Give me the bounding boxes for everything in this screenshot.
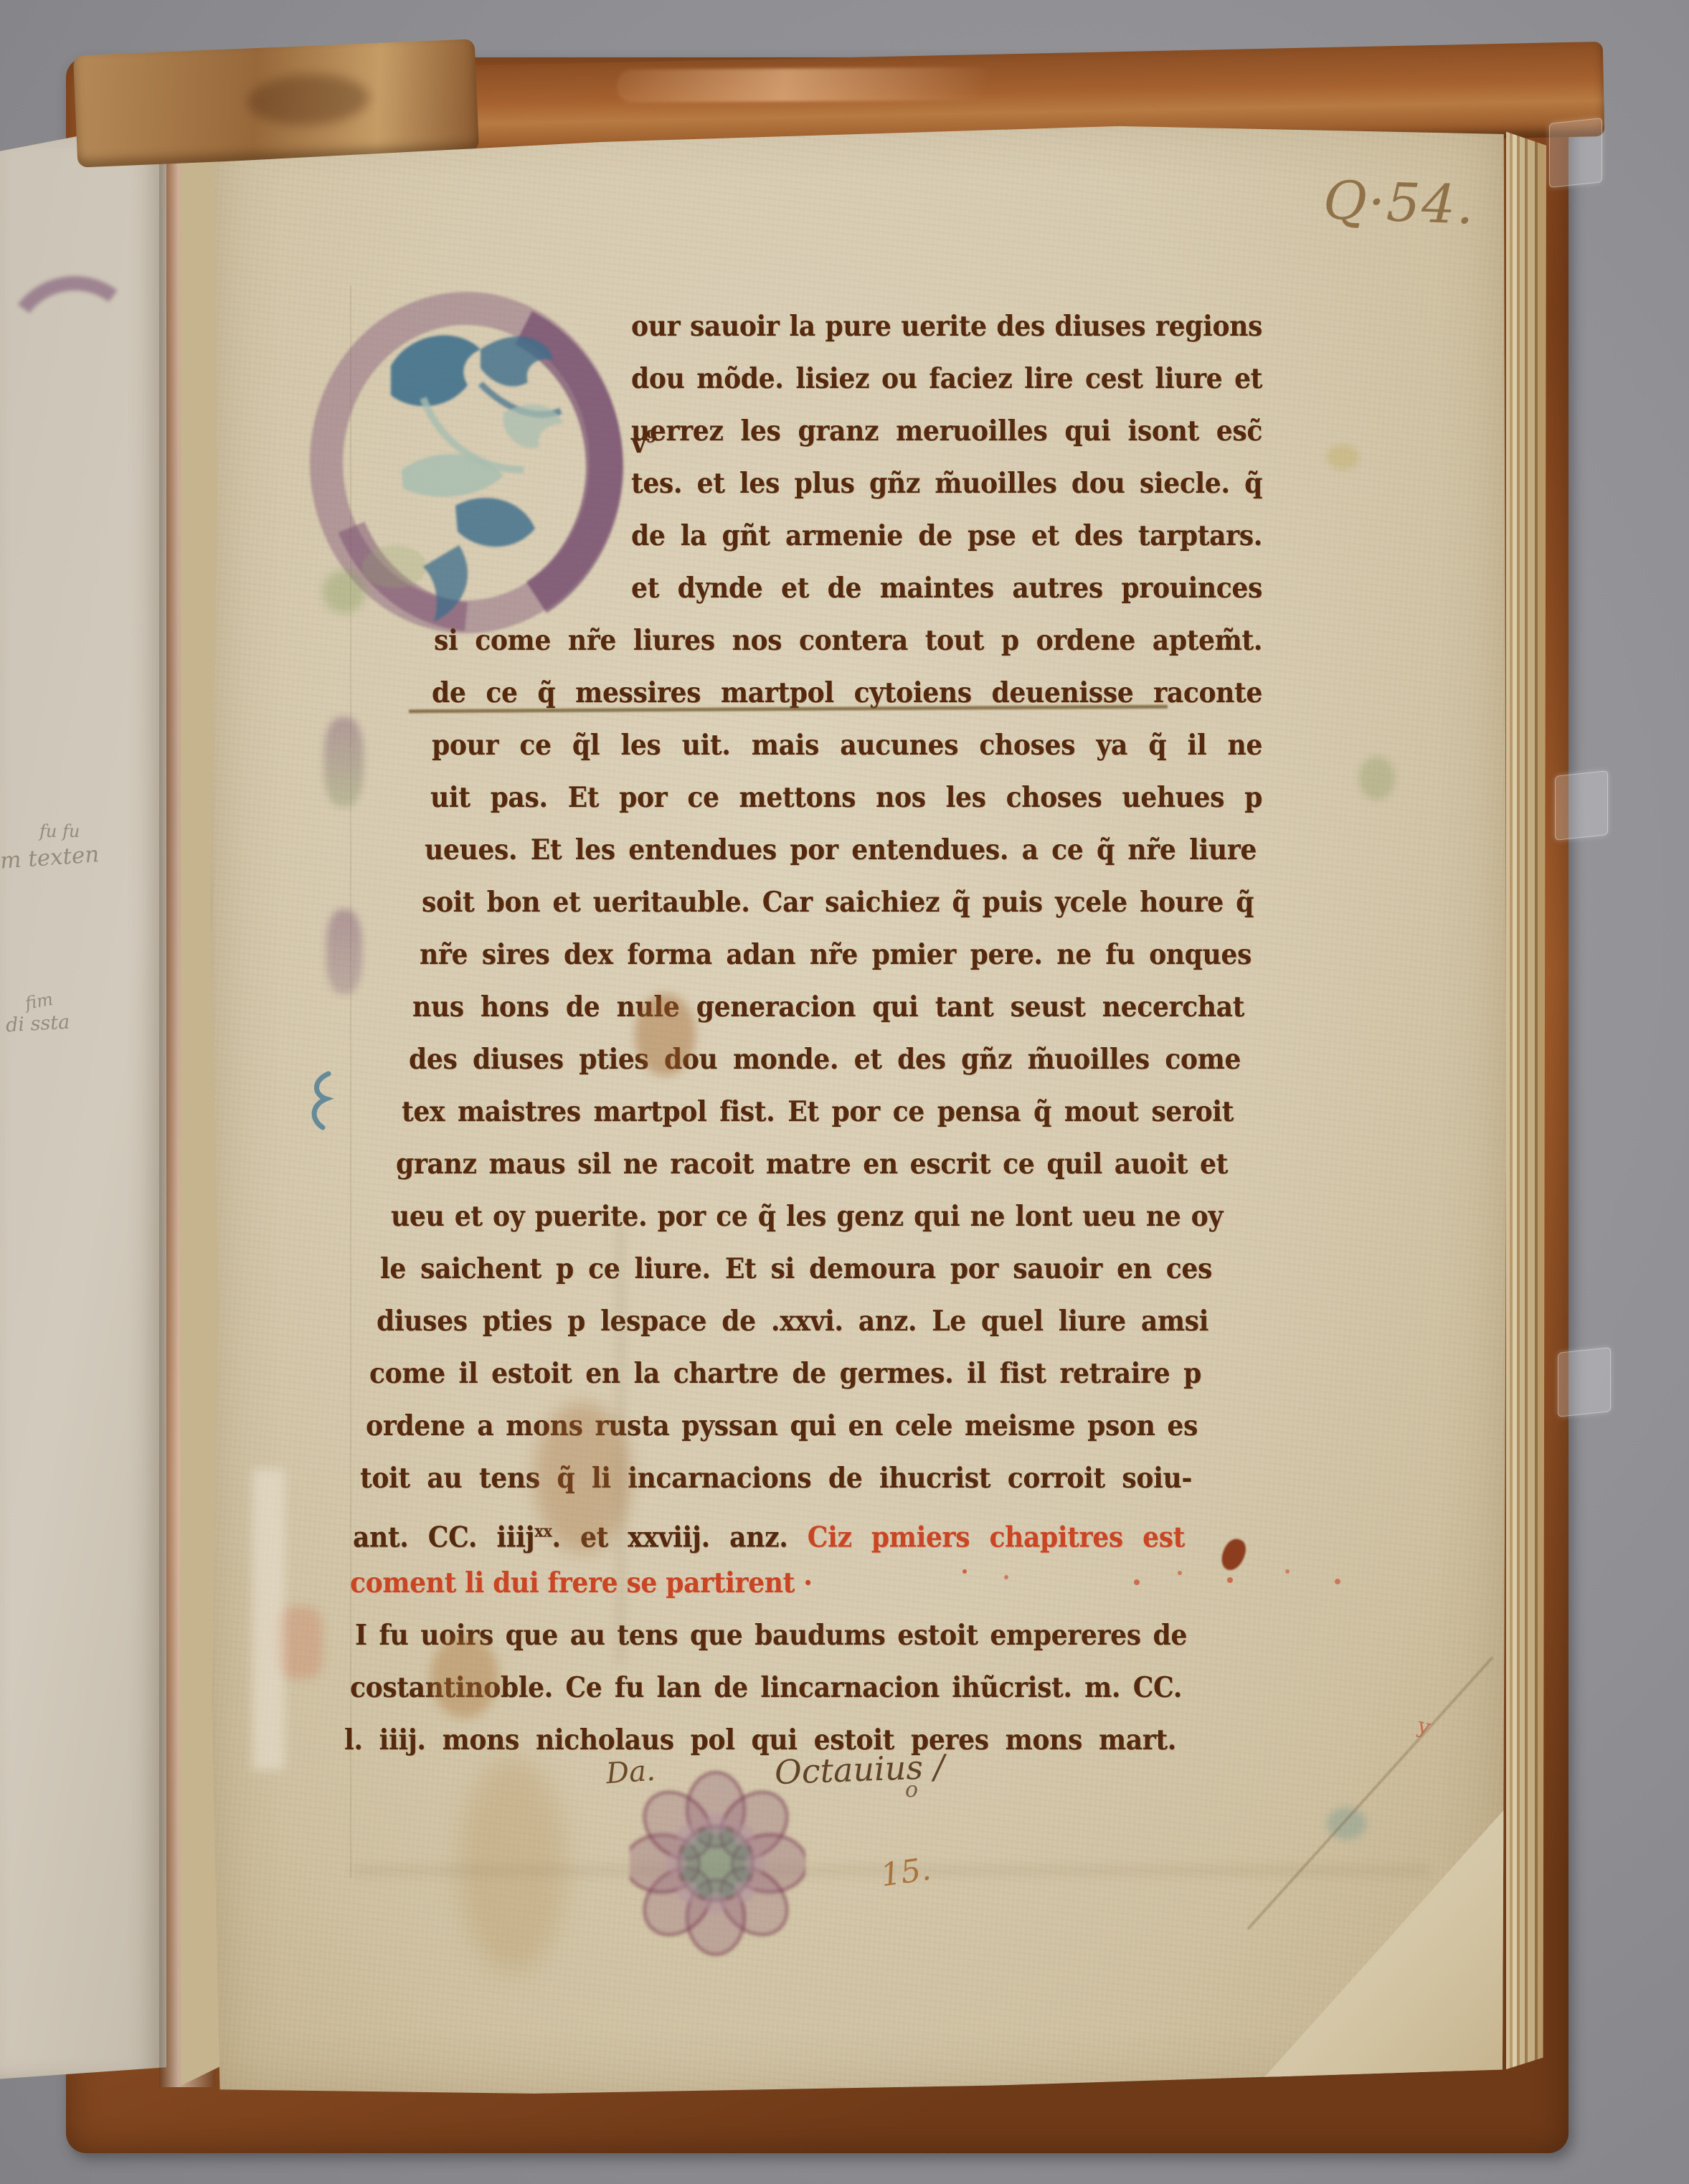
parchment-crease [615, 1219, 625, 1664]
body-text: l. iiij. mons nicholaus pol qui estoit p… [344, 1724, 1176, 1757]
text-line: toit au tens q̃ li incarnacions de ihucr… [360, 1450, 1192, 1507]
folio-mark: Q·54. [1323, 169, 1477, 236]
body-text: uerrez les granz meruoilles qui isont es… [631, 415, 1262, 448]
text-line: soit bon et ueritauble. Car saichiez q̃ … [422, 874, 1254, 931]
margin-green-offset-stain [323, 570, 366, 613]
corner-fold [1259, 1807, 1506, 2084]
text-line: de ce q̃ messires martpol cytoiens deuen… [430, 664, 1262, 722]
edge-wear-patch [252, 1469, 285, 1770]
body-text: si come nr̃e liures nos contera tout p o… [434, 624, 1262, 657]
body-text: tex maistres martpol fist. Et por ce pen… [402, 1095, 1234, 1128]
text-line: coment li dui frere se partirent · [350, 1554, 1182, 1612]
red-ink-speckles [962, 1569, 967, 1574]
body-text: pour ce q̃l les uit. mais aucunes choses… [432, 729, 1262, 762]
text-line: tes. et les plus gñz m̃uoilles dou siecl… [430, 455, 1262, 512]
text-line: ant. CC. iiijxx. et xxviij. anz. Ciz pmi… [353, 1502, 1185, 1559]
body-text: our sauoir la pure uerite des diuses reg… [631, 310, 1262, 343]
rubric-text: coment li dui frere se partirent · [350, 1566, 812, 1599]
body-text: ueues. Et les entendues por entendues. a… [425, 833, 1257, 866]
body-text: le saichent p ce liure. Et si demoura po… [380, 1252, 1212, 1285]
body-text: ueu et oy puerite. por ce q̃ les genz qu… [391, 1200, 1223, 1233]
text-line: ueu et oy puerite. por ce q̃ les genz qu… [391, 1188, 1223, 1245]
facing-page: fu fu m texten fim di ssta [0, 128, 166, 2083]
pencil-note: fim [24, 989, 55, 1013]
manuscript-photo-scene: fu fu m texten fim di ssta our [0, 0, 1689, 2184]
parchment-stain [430, 1635, 498, 1718]
body-text: diuses pties p lespace de .xxvi. anz. Le… [377, 1305, 1208, 1338]
body-text: nr̃e sires dex forma adan nr̃e pmier per… [420, 938, 1252, 971]
text-line: de la gñt armenie de pse et des tarptars… [430, 507, 1262, 564]
parchment-stain [635, 993, 696, 1076]
leather-wear-blotch [246, 72, 370, 128]
page-stack-edges [1506, 122, 1546, 2077]
footer-note-o: o [905, 1777, 918, 1802]
footer-note-da: Da. [605, 1754, 656, 1791]
pencil-note: m texten [0, 841, 100, 874]
body-text: de la gñt armenie de pse et des tarptars… [631, 519, 1262, 552]
green-smudge [1359, 757, 1395, 800]
body-text: nus hons de nule generacion qui tant seu… [412, 991, 1244, 1024]
body-text: soit bon et ueritauble. Car saichiez q̃ … [422, 886, 1254, 919]
text-line: le saichent p ce liure. Et si demoura po… [380, 1240, 1212, 1297]
text-line: diuses pties p lespace de .xxvi. anz. Le… [377, 1292, 1208, 1350]
text-block: our sauoir la pure uerite des diuses reg… [430, 298, 1262, 1764]
body-text: granz maus sil ne racoit matre en escrit… [396, 1148, 1228, 1181]
footer-note-octauius: Octauius / [774, 1747, 945, 1792]
text-line: tex maistres martpol fist. Et por ce pen… [402, 1083, 1234, 1140]
yellow-spot [1327, 445, 1359, 470]
text-line: uerrez les granz meruoilles qui isont es… [430, 402, 1262, 460]
body-text: et dynde et de maintes autres prouinces [631, 572, 1262, 605]
text-line: pour ce q̃l les uit. mais aucunes choses… [430, 717, 1262, 774]
cradle-tab-icon [1558, 1347, 1611, 1417]
offset-ink-arc-stain [0, 267, 155, 427]
body-text: ordene a mons rusta pyssan qui en cele m… [366, 1409, 1198, 1442]
body-text: des diuses pties dou monde. et des gñz m… [409, 1043, 1241, 1076]
collection-number: 15. [879, 1850, 933, 1894]
pencil-note: di ssta [5, 1011, 70, 1037]
text-line: granz maus sil ne racoit matre en escrit… [396, 1135, 1228, 1193]
text-line: ueues. Et les entendues por entendues. a… [425, 821, 1257, 879]
margin-purple-offset-stain [326, 909, 362, 994]
pencil-note: fu fu [39, 821, 80, 841]
body-text: tes. et les plus gñz m̃uoilles dou siecl… [631, 467, 1262, 500]
body-text: toit au tens q̃ li incarnacions de ihucr… [360, 1462, 1192, 1495]
text-line: des diuses pties dou monde. et des gñz m… [409, 1031, 1241, 1088]
body-text: ant. CC. iiij [353, 1521, 534, 1554]
blue-paraph-icon [301, 1070, 344, 1131]
text-line: si come nr̃e liures nos contera tout p o… [430, 612, 1262, 669]
text-line: uit pas. Et por ce mettons nos les chose… [430, 769, 1262, 826]
manuscript-page: our sauoir la pure uerite des diuses reg… [209, 106, 1509, 2102]
text-line: et dynde et de maintes autres prouinces [430, 559, 1262, 617]
text-line: our sauoir la pure uerite des diuses reg… [430, 298, 1262, 355]
worn-leather-corner [73, 39, 479, 167]
leather-gloss-highlight [618, 67, 990, 103]
text-line: dou mõde. lisiez ou faciez lire cest liu… [430, 350, 1262, 407]
margin-purple-offset-stain [324, 717, 364, 807]
text-line: nr̃e sires dex forma adan nr̃e pmier per… [420, 926, 1252, 983]
cradle-tab-icon [1555, 770, 1608, 841]
cradle-tab-icon [1549, 118, 1602, 188]
rubric-text: Ciz pmiers chapitres est [808, 1521, 1185, 1554]
text-line: ordene a mons rusta pyssan qui en cele m… [366, 1397, 1198, 1455]
body-text: come il estoit en la chartre de germes. … [369, 1357, 1201, 1390]
text-line: nus hons de nule generacion qui tant seu… [412, 978, 1244, 1036]
body-text: uit pas. Et por ce mettons nos les chose… [430, 781, 1262, 814]
body-text: de ce q̃ messires martpol cytoiens deuen… [432, 676, 1262, 709]
text-line: come il estoit en la chartre de germes. … [369, 1345, 1201, 1402]
